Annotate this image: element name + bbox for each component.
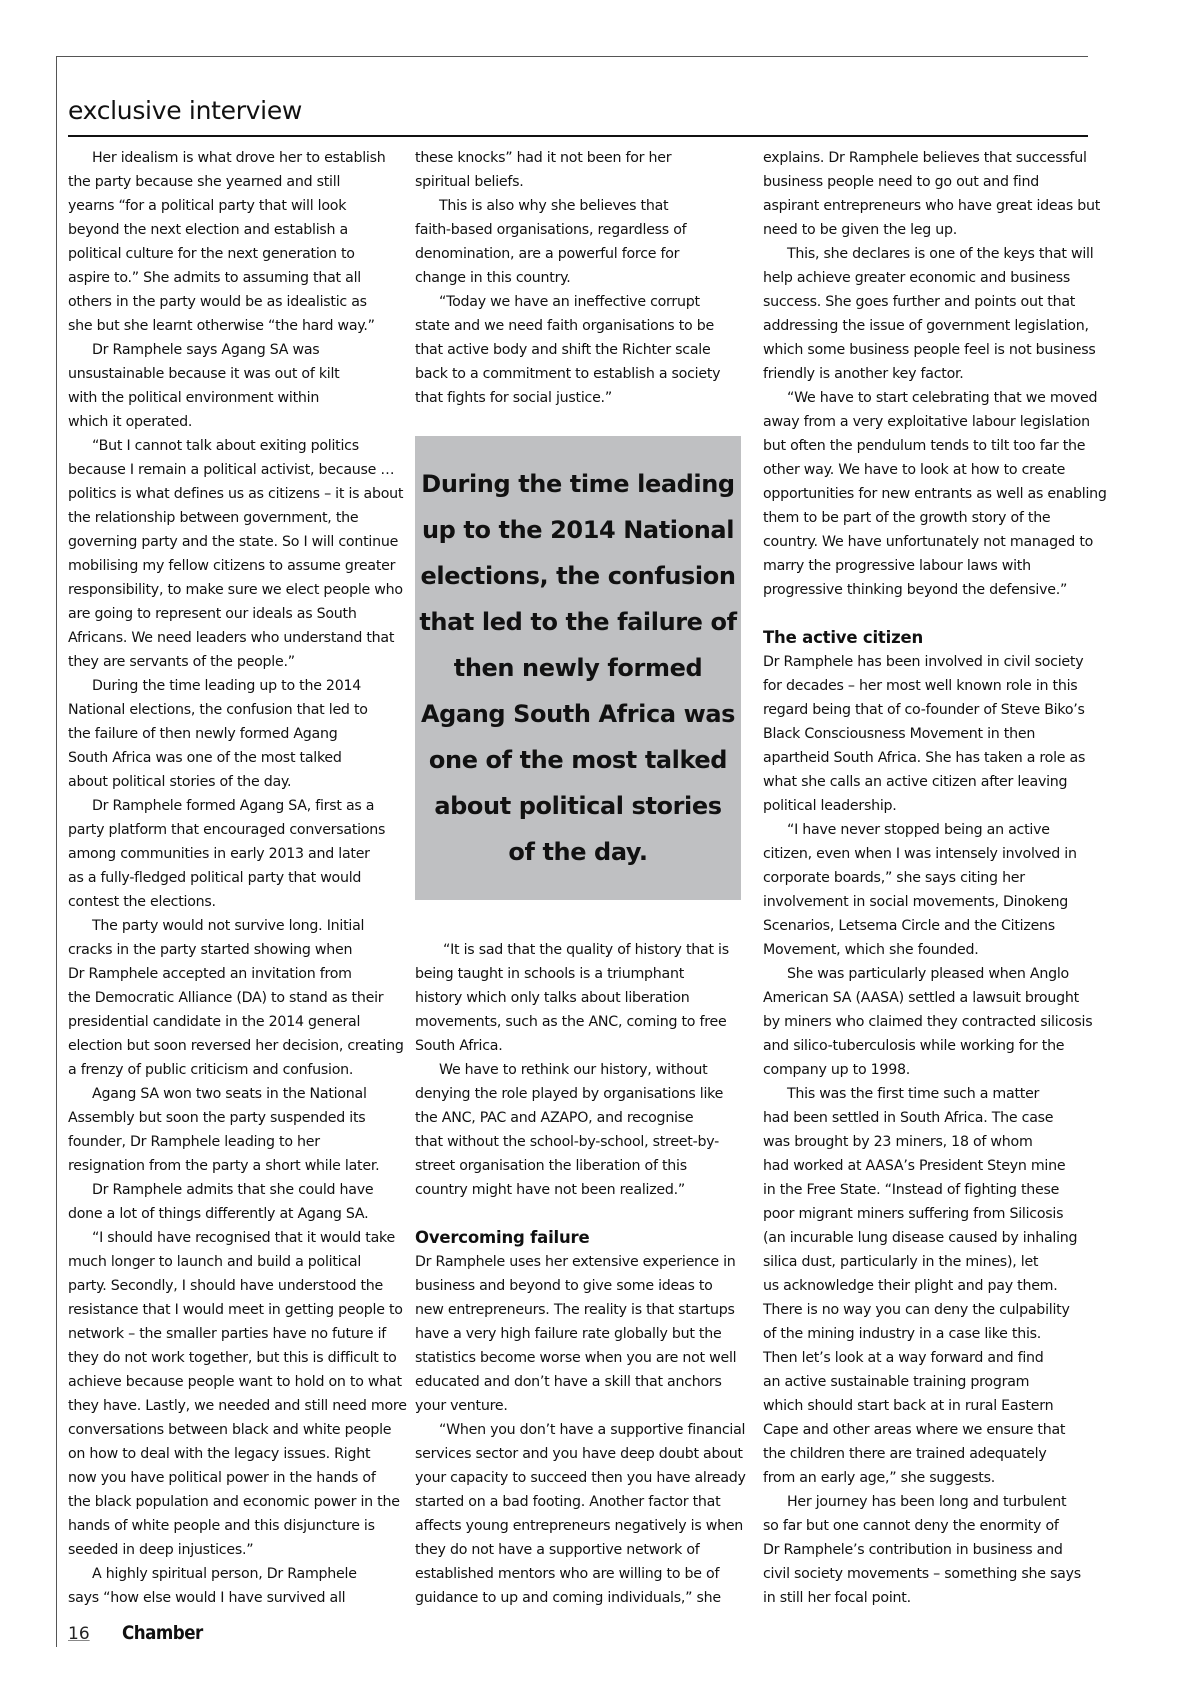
text-line: which some business people feel is not b… — [763, 338, 1091, 362]
text-line: Then let’s look at a way forward and fin… — [763, 1346, 1091, 1370]
text-line: “When you don’t have a supportive financ… — [415, 1418, 743, 1442]
text-line: “But I cannot talk about exiting politic… — [68, 434, 396, 458]
text-line: they do not work together, but this is d… — [68, 1346, 396, 1370]
text-line: guidance to up and coming individuals,” … — [415, 1586, 743, 1610]
text-line: This was the first time such a matter — [763, 1082, 1091, 1106]
text-line: in still her focal point. — [763, 1586, 1091, 1610]
text-line: We have to rethink our history, without — [415, 1058, 743, 1082]
text-line: movements, such as the ANC, coming to fr… — [415, 1010, 743, 1034]
text-line: “We have to start celebrating that we mo… — [763, 386, 1091, 410]
text-line: resistance that I would meet in getting … — [68, 1298, 396, 1322]
text-line: The party would not survive long. Initia… — [68, 914, 396, 938]
text-line: state and we need faith organisations to… — [415, 314, 743, 338]
text-line: silica dust, particularly in the mines),… — [763, 1250, 1091, 1274]
subheading-active-citizen: The active citizen — [763, 626, 1091, 650]
text-line: citizen, even when I was intensely invol… — [763, 842, 1091, 866]
text-line: new entrepreneurs. The reality is that s… — [415, 1298, 743, 1322]
text-line: civil society movements – something she … — [763, 1562, 1091, 1586]
page-number: 16 — [68, 1624, 90, 1644]
text-line: started on a bad footing. Another factor… — [415, 1490, 743, 1514]
text-line: change in this country. — [415, 266, 743, 290]
text-line: Scenarios, Letsema Circle and the Citize… — [763, 914, 1091, 938]
text-line: Her idealism is what drove her to establ… — [68, 146, 396, 170]
text-line: business people need to go out and find — [763, 170, 1091, 194]
text-line: election but soon reversed her decision,… — [68, 1034, 396, 1058]
publication-logo: Chamber — [122, 1622, 203, 1644]
text-line: by miners who claimed they contracted si… — [763, 1010, 1091, 1034]
text-line: “I should have recognised that it would … — [68, 1226, 396, 1250]
text-line: country. We have unfortunately not manag… — [763, 530, 1091, 554]
text-line: aspirant entrepreneurs who have great id… — [763, 194, 1091, 218]
text-line: party. Secondly, I should have understoo… — [68, 1274, 396, 1298]
pull-quote-line: During the time leading — [421, 461, 734, 507]
text-line: party platform that encouraged conversat… — [68, 818, 396, 842]
text-line: network – the smaller parties have no fu… — [68, 1322, 396, 1346]
text-line: Dr Ramphele has been involved in civil s… — [763, 650, 1091, 674]
text-line: presidential candidate in the 2014 gener… — [68, 1010, 396, 1034]
text-line: South Africa was one of the most talked — [68, 746, 396, 770]
text-line: help achieve greater economic and busine… — [763, 266, 1091, 290]
text-line: This is also why she believes that — [415, 194, 743, 218]
text-line: among communities in early 2013 and late… — [68, 842, 396, 866]
text-line: need to be given the leg up. — [763, 218, 1091, 242]
text-line: a frenzy of public criticism and confusi… — [68, 1058, 396, 1082]
text-line: contest the elections. — [68, 890, 396, 914]
text-line: an active sustainable training program — [763, 1370, 1091, 1394]
text-line: political leadership. — [763, 794, 1091, 818]
text-line: seeded in deep injustices.” — [68, 1538, 396, 1562]
text-line: services sector and you have deep doubt … — [415, 1442, 743, 1466]
pull-quote-box: During the time leading up to the 2014 N… — [415, 436, 741, 900]
pull-quote-line: elections, the confusion — [420, 553, 735, 599]
text-line: as a fully-fledged political party that … — [68, 866, 396, 890]
text-line: conversations between black and white pe… — [68, 1418, 396, 1442]
text-line: political culture for the next generatio… — [68, 242, 396, 266]
text-line: back to a commitment to establish a soci… — [415, 362, 743, 386]
article-column-2: these knocks” had it not been for her sp… — [415, 146, 743, 410]
text-line: “It is sad that the quality of history t… — [415, 938, 743, 962]
article-column-3: explains. Dr Ramphele believes that succ… — [763, 146, 1091, 1610]
text-line: unsustainable because it was out of kilt — [68, 362, 396, 386]
text-line: the black population and economic power … — [68, 1490, 396, 1514]
text-line: explains. Dr Ramphele believes that succ… — [763, 146, 1091, 170]
text-line: the failure of then newly formed Agang — [68, 722, 396, 746]
text-line: denomination, are a powerful force for — [415, 242, 743, 266]
pull-quote-line: then newly formed — [454, 645, 702, 691]
pull-quote-line: that led to the failure of — [419, 599, 736, 645]
text-line: because I remain a political activist, b… — [68, 458, 396, 482]
text-line: other way. We have to look at how to cre… — [763, 458, 1091, 482]
text-line: they do not have a supportive network of — [415, 1538, 743, 1562]
text-line: Dr Ramphele uses her extensive experienc… — [415, 1250, 743, 1274]
text-line: business and beyond to give some ideas t… — [415, 1274, 743, 1298]
text-line: Cape and other areas where we ensure tha… — [763, 1418, 1091, 1442]
text-line: for decades – her most well known role i… — [763, 674, 1091, 698]
spacer — [763, 602, 1091, 626]
text-line: that active body and shift the Richter s… — [415, 338, 743, 362]
text-line: yearns “for a political party that will … — [68, 194, 396, 218]
text-line: had been settled in South Africa. The ca… — [763, 1106, 1091, 1130]
page-frame-left-rule — [56, 56, 57, 1647]
text-line: that fights for social justice.” — [415, 386, 743, 410]
text-line: with the political environment within — [68, 386, 396, 410]
text-line: National elections, the confusion that l… — [68, 698, 396, 722]
text-line: she but she learnt otherwise “the hard w… — [68, 314, 396, 338]
text-line: being taught in schools is a triumphant — [415, 962, 743, 986]
pull-quote-line: about political stories — [434, 783, 721, 829]
text-line: American SA (AASA) settled a lawsuit bro… — [763, 986, 1091, 1010]
text-line: corporate boards,” she says citing her — [763, 866, 1091, 890]
text-line: Agang SA won two seats in the National — [68, 1082, 396, 1106]
text-line: now you have political power in the hand… — [68, 1466, 396, 1490]
text-line: street organisation the liberation of th… — [415, 1154, 743, 1178]
text-line: history which only talks about liberatio… — [415, 986, 743, 1010]
text-line: Assembly but soon the party suspended it… — [68, 1106, 396, 1130]
text-line: achieve because people want to hold on t… — [68, 1370, 396, 1394]
text-line: done a lot of things differently at Agan… — [68, 1202, 396, 1226]
text-line: involvement in social movements, Dinoken… — [763, 890, 1091, 914]
text-line: which should start back at in rural East… — [763, 1394, 1091, 1418]
text-line: what she calls an active citizen after l… — [763, 770, 1091, 794]
text-line: Dr Ramphele’s contribution in business a… — [763, 1538, 1091, 1562]
text-line: mobilising my fellow citizens to assume … — [68, 554, 396, 578]
text-line: Dr Ramphele accepted an invitation from — [68, 962, 396, 986]
title-rule — [68, 135, 1088, 137]
text-line: There is no way you can deny the culpabi… — [763, 1298, 1091, 1322]
text-line: friendly is another key factor. — [763, 362, 1091, 386]
text-line: and silico-tuberculosis while working fo… — [763, 1034, 1091, 1058]
text-line: marry the progressive labour laws with — [763, 554, 1091, 578]
text-line: progressive thinking beyond the defensiv… — [763, 578, 1091, 602]
text-line: the children there are trained adequatel… — [763, 1442, 1091, 1466]
text-line: us acknowledge their plight and pay them… — [763, 1274, 1091, 1298]
text-line: in the Free State. “Instead of fighting … — [763, 1178, 1091, 1202]
text-line: on how to deal with the legacy issues. R… — [68, 1442, 396, 1466]
text-line: Movement, which she founded. — [763, 938, 1091, 962]
pull-quote-line: up to the 2014 National — [422, 507, 734, 553]
text-line: are going to represent our ideals as Sou… — [68, 602, 396, 626]
text-line: faith-based organisations, regardless of — [415, 218, 743, 242]
text-line: them to be part of the growth story of t… — [763, 506, 1091, 530]
pull-quote-line: Agang South Africa was — [421, 691, 735, 737]
text-line: of the mining industry in a case like th… — [763, 1322, 1091, 1346]
text-line: but often the pendulum tends to tilt too… — [763, 434, 1091, 458]
text-line: resignation from the party a short while… — [68, 1154, 396, 1178]
text-line: A highly spiritual person, Dr Ramphele — [68, 1562, 396, 1586]
text-line: affects young entrepreneurs negatively i… — [415, 1514, 743, 1538]
text-line: they are servants of the people.” — [68, 650, 396, 674]
text-line: Africans. We need leaders who understand… — [68, 626, 396, 650]
text-line: Dr Ramphele admits that she could have — [68, 1178, 396, 1202]
text-line: that without the school-by-school, stree… — [415, 1130, 743, 1154]
text-line: During the time leading up to the 2014 — [68, 674, 396, 698]
text-line: opportunities for new entrants as well a… — [763, 482, 1091, 506]
text-line: company up to 1998. — [763, 1058, 1091, 1082]
text-line: have a very high failure rate globally b… — [415, 1322, 743, 1346]
text-line: spiritual beliefs. — [415, 170, 743, 194]
text-line: educated and don’t have a skill that anc… — [415, 1370, 743, 1394]
text-line: Black Consciousness Movement in then — [763, 722, 1091, 746]
text-line: governing party and the state. So I will… — [68, 530, 396, 554]
article-column-2-lower: “It is sad that the quality of history t… — [415, 938, 743, 1610]
pull-quote-line: one of the most talked — [429, 737, 727, 783]
text-line: success. She goes further and points out… — [763, 290, 1091, 314]
text-line: established mentors who are willing to b… — [415, 1562, 743, 1586]
text-line: the Democratic Alliance (DA) to stand as… — [68, 986, 396, 1010]
text-line: founder, Dr Ramphele leading to her — [68, 1130, 396, 1154]
text-line: poor migrant miners suffering from Silic… — [763, 1202, 1091, 1226]
subheading-overcoming-failure: Overcoming failure — [415, 1226, 743, 1250]
text-line: they have. Lastly, we needed and still n… — [68, 1394, 396, 1418]
text-line: the ANC, PAC and AZAPO, and recognise — [415, 1106, 743, 1130]
text-line: others in the party would be as idealist… — [68, 290, 396, 314]
text-line: your capacity to succeed then you have a… — [415, 1466, 743, 1490]
text-line: Dr Ramphele formed Agang SA, first as a — [68, 794, 396, 818]
text-line: these knocks” had it not been for her — [415, 146, 743, 170]
spacer — [415, 1202, 743, 1226]
text-line: Dr Ramphele says Agang SA was — [68, 338, 396, 362]
text-line: about political stories of the day. — [68, 770, 396, 794]
text-line: statistics become worse when you are not… — [415, 1346, 743, 1370]
text-line: apartheid South Africa. She has taken a … — [763, 746, 1091, 770]
text-line: Her journey has been long and turbulent — [763, 1490, 1091, 1514]
text-line: the party because she yearned and still — [68, 170, 396, 194]
text-line: which it operated. — [68, 410, 396, 434]
text-line: addressing the issue of government legis… — [763, 314, 1091, 338]
text-line: responsibility, to make sure we elect pe… — [68, 578, 396, 602]
text-line: politics is what defines us as citizens … — [68, 482, 396, 506]
text-line: hands of white people and this disjunctu… — [68, 1514, 396, 1538]
text-line: aspire to.” She admits to assuming that … — [68, 266, 396, 290]
text-line: (an incurable lung disease caused by inh… — [763, 1226, 1091, 1250]
text-line: says “how else would I have survived all — [68, 1586, 396, 1610]
text-line: regard being that of co-founder of Steve… — [763, 698, 1091, 722]
text-line: the relationship between government, the — [68, 506, 396, 530]
text-line: away from a very exploitative labour leg… — [763, 410, 1091, 434]
page-frame-top-rule — [56, 56, 1088, 57]
text-line: much longer to launch and build a politi… — [68, 1250, 396, 1274]
text-line: from an early age,” she suggests. — [763, 1466, 1091, 1490]
text-line: This, she declares is one of the keys th… — [763, 242, 1091, 266]
text-line: She was particularly pleased when Anglo — [763, 962, 1091, 986]
text-line: had worked at AASA’s President Steyn min… — [763, 1154, 1091, 1178]
pull-quote-line: of the day. — [508, 829, 647, 875]
text-line: “Today we have an ineffective corrupt — [415, 290, 743, 314]
text-line: denying the role played by organisations… — [415, 1082, 743, 1106]
text-line: your venture. — [415, 1394, 743, 1418]
section-title: exclusive interview — [68, 96, 302, 126]
text-line: country might have not been realized.” — [415, 1178, 743, 1202]
text-line: beyond the next election and establish a — [68, 218, 396, 242]
text-line: so far but one cannot deny the enormity … — [763, 1514, 1091, 1538]
text-line: was brought by 23 miners, 18 of whom — [763, 1130, 1091, 1154]
text-line: cracks in the party started showing when — [68, 938, 396, 962]
article-column-1: Her idealism is what drove her to establ… — [68, 146, 396, 1610]
text-line: “I have never stopped being an active — [763, 818, 1091, 842]
text-line: South Africa. — [415, 1034, 743, 1058]
